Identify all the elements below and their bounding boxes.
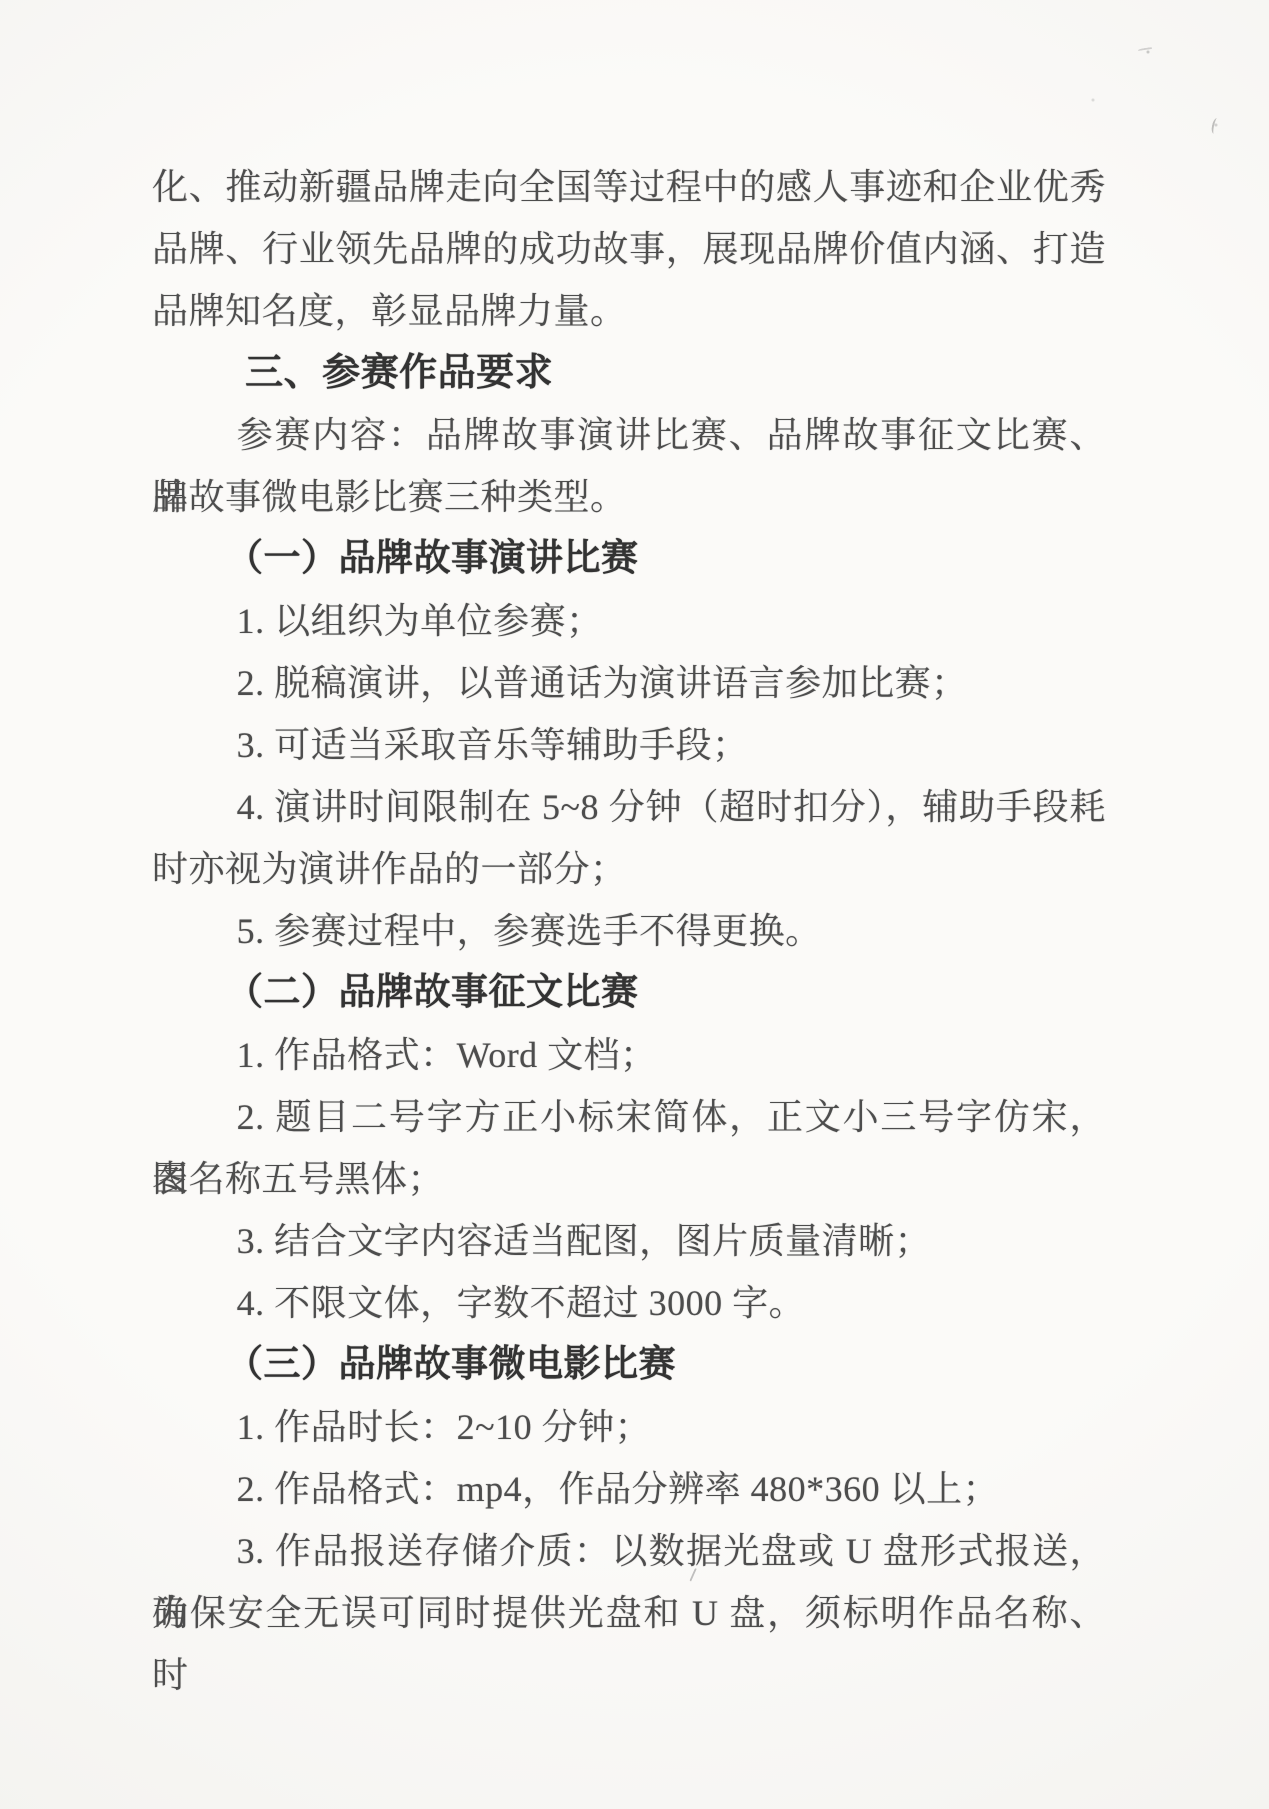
numbered-item: 5. 参赛过程中，参赛选手不得更换。 (152, 900, 1106, 962)
body-line: 品牌知名度，彰显品牌力量。 (152, 280, 1106, 342)
numbered-item: 3. 结合文字内容适当配图，图片质量清晰； (152, 1210, 1106, 1272)
numbered-item: 2. 脱稿演讲，以普通话为演讲语言参加比赛； (152, 652, 1106, 714)
scan-speck (1138, 47, 1152, 52)
body-line: 牌故事微电影比赛三种类型。 (152, 466, 1106, 528)
body-line: 品牌、行业领先品牌的成功故事，展现品牌价值内涵、打造 (152, 218, 1106, 280)
subsection-heading-3: （三）品牌故事微电影比赛 (152, 1334, 1106, 1396)
body-line: 化、推动新疆品牌走向全国等过程中的感人事迹和企业优秀 (152, 156, 1106, 218)
numbered-item: 3. 作品报送存储介质：以数据光盘或 U 盘形式报送，为 (152, 1520, 1106, 1582)
numbered-item: 2. 题目二号字方正小标宋简体，正文小三号字仿宋，图 (152, 1086, 1106, 1148)
numbered-item: 1. 作品时长：2~10 分钟； (152, 1396, 1106, 1458)
numbered-item: 4. 演讲时间限制在 5~8 分钟（超时扣分），辅助手段耗 (152, 776, 1106, 838)
numbered-item: 3. 可适当采取音乐等辅助手段； (152, 714, 1106, 776)
numbered-item: 2. 作品格式：mp4，作品分辨率 480*360 以上； (152, 1458, 1106, 1520)
scanned-document-page: 化、推动新疆品牌走向全国等过程中的感人事迹和企业优秀 品牌、行业领先品牌的成功故… (0, 0, 1269, 1809)
numbered-item: 1. 作品格式：Word 文档； (152, 1024, 1106, 1086)
scan-speck (1210, 117, 1220, 134)
body-line: 时亦视为演讲作品的一部分； (152, 838, 1106, 900)
numbered-item: 4. 不限文体，字数不超过 3000 字。 (152, 1272, 1106, 1334)
body-line: 参赛内容：品牌故事演讲比赛、品牌故事征文比赛、品 (152, 404, 1106, 466)
subsection-heading-1: （一）品牌故事演讲比赛 (152, 528, 1106, 590)
section-heading: 三、参赛作品要求 (152, 342, 1106, 404)
body-line: 表名称五号黑体； (152, 1148, 1106, 1210)
document-body: 化、推动新疆品牌走向全国等过程中的感人事迹和企业优秀 品牌、行业领先品牌的成功故… (152, 156, 1106, 1644)
numbered-item: 1. 以组织为单位参赛； (152, 590, 1106, 652)
subsection-heading-2: （二）品牌故事征文比赛 (152, 962, 1106, 1024)
body-line: 确保安全无误可同时提供光盘和 U 盘，须标明作品名称、时 (152, 1582, 1106, 1644)
